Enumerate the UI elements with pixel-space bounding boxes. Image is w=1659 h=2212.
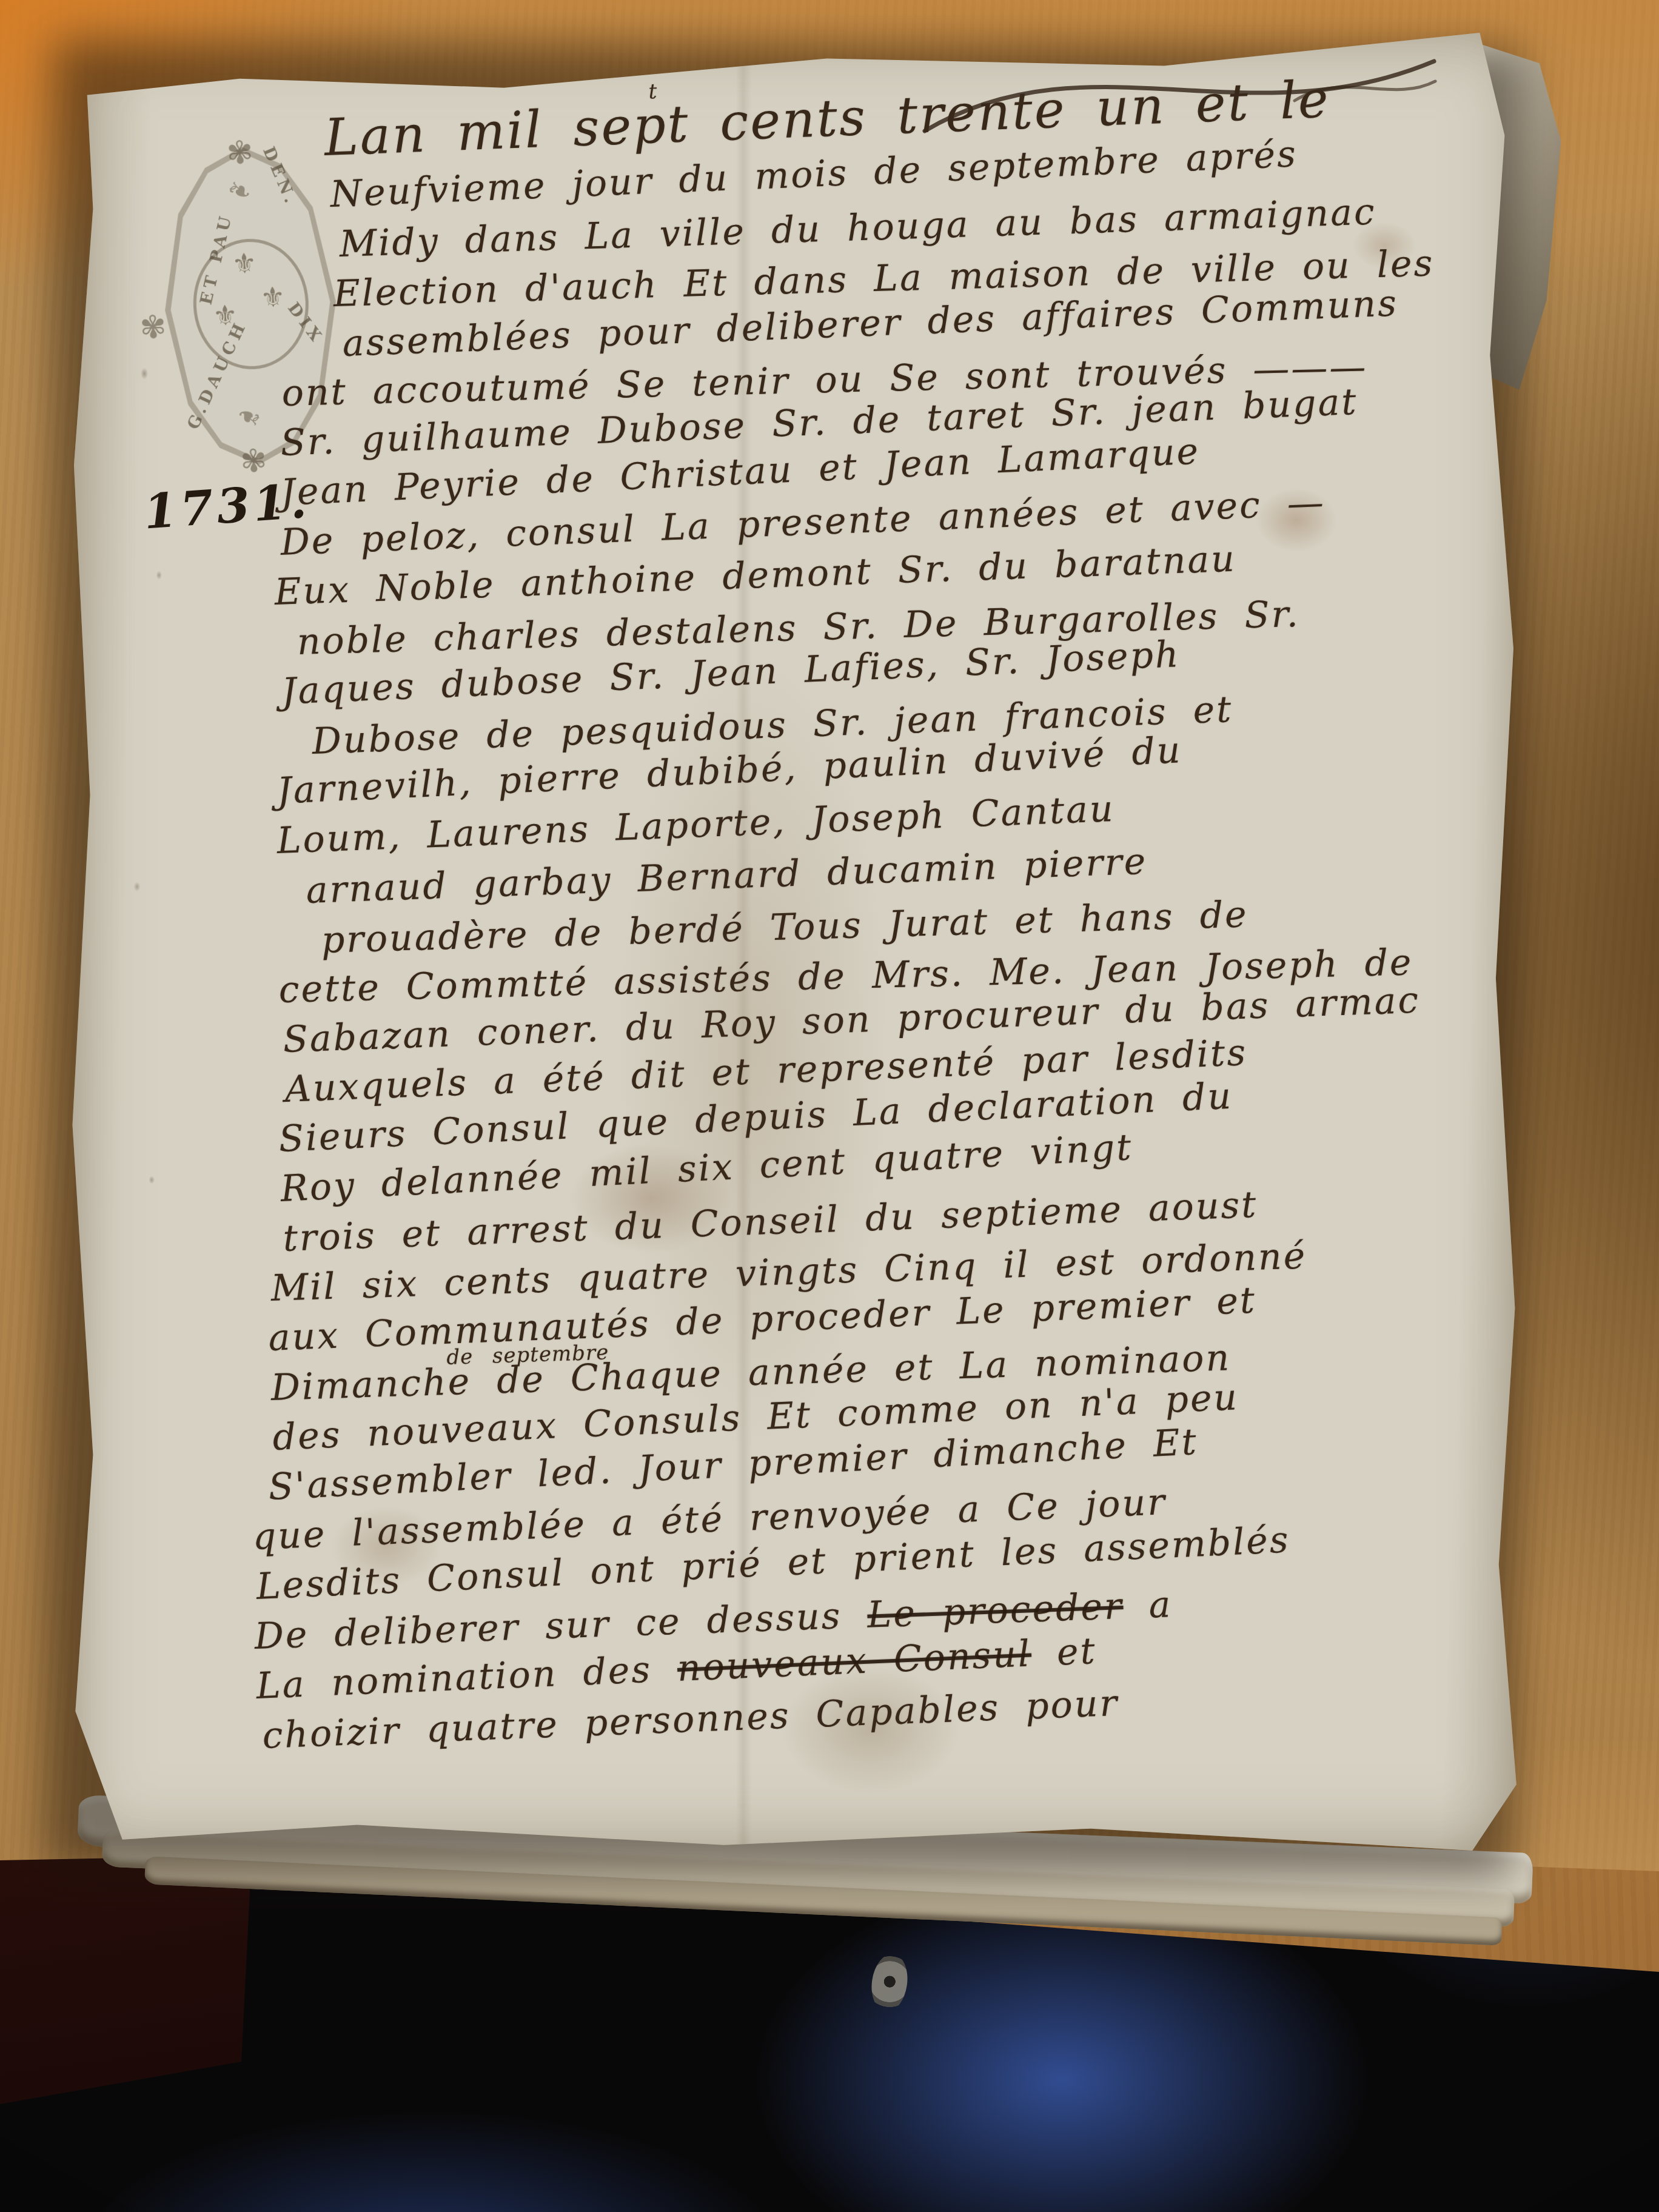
interline-insertion: de septembre [446, 1340, 609, 1369]
photo-of-manuscript: ET PAU DEN. G.DAUCH DIX ✾ ✾ ✾ ⚜ ⚜ ⚜ ❧ ❧ … [0, 0, 1659, 2212]
struck-text: Le proceder [866, 1585, 1124, 1637]
line-text: a [1122, 1583, 1173, 1627]
line-text: et [1030, 1630, 1098, 1675]
interline-insertion: t [648, 79, 658, 104]
manuscript-page: ET PAU DEN. G.DAUCH DIX ✾ ✾ ✾ ⚜ ⚜ ⚜ ❧ ❧ … [64, 25, 1531, 1858]
manuscript-text-block: tLan mil sept cents trente un et leNeufv… [64, 108, 1531, 1765]
